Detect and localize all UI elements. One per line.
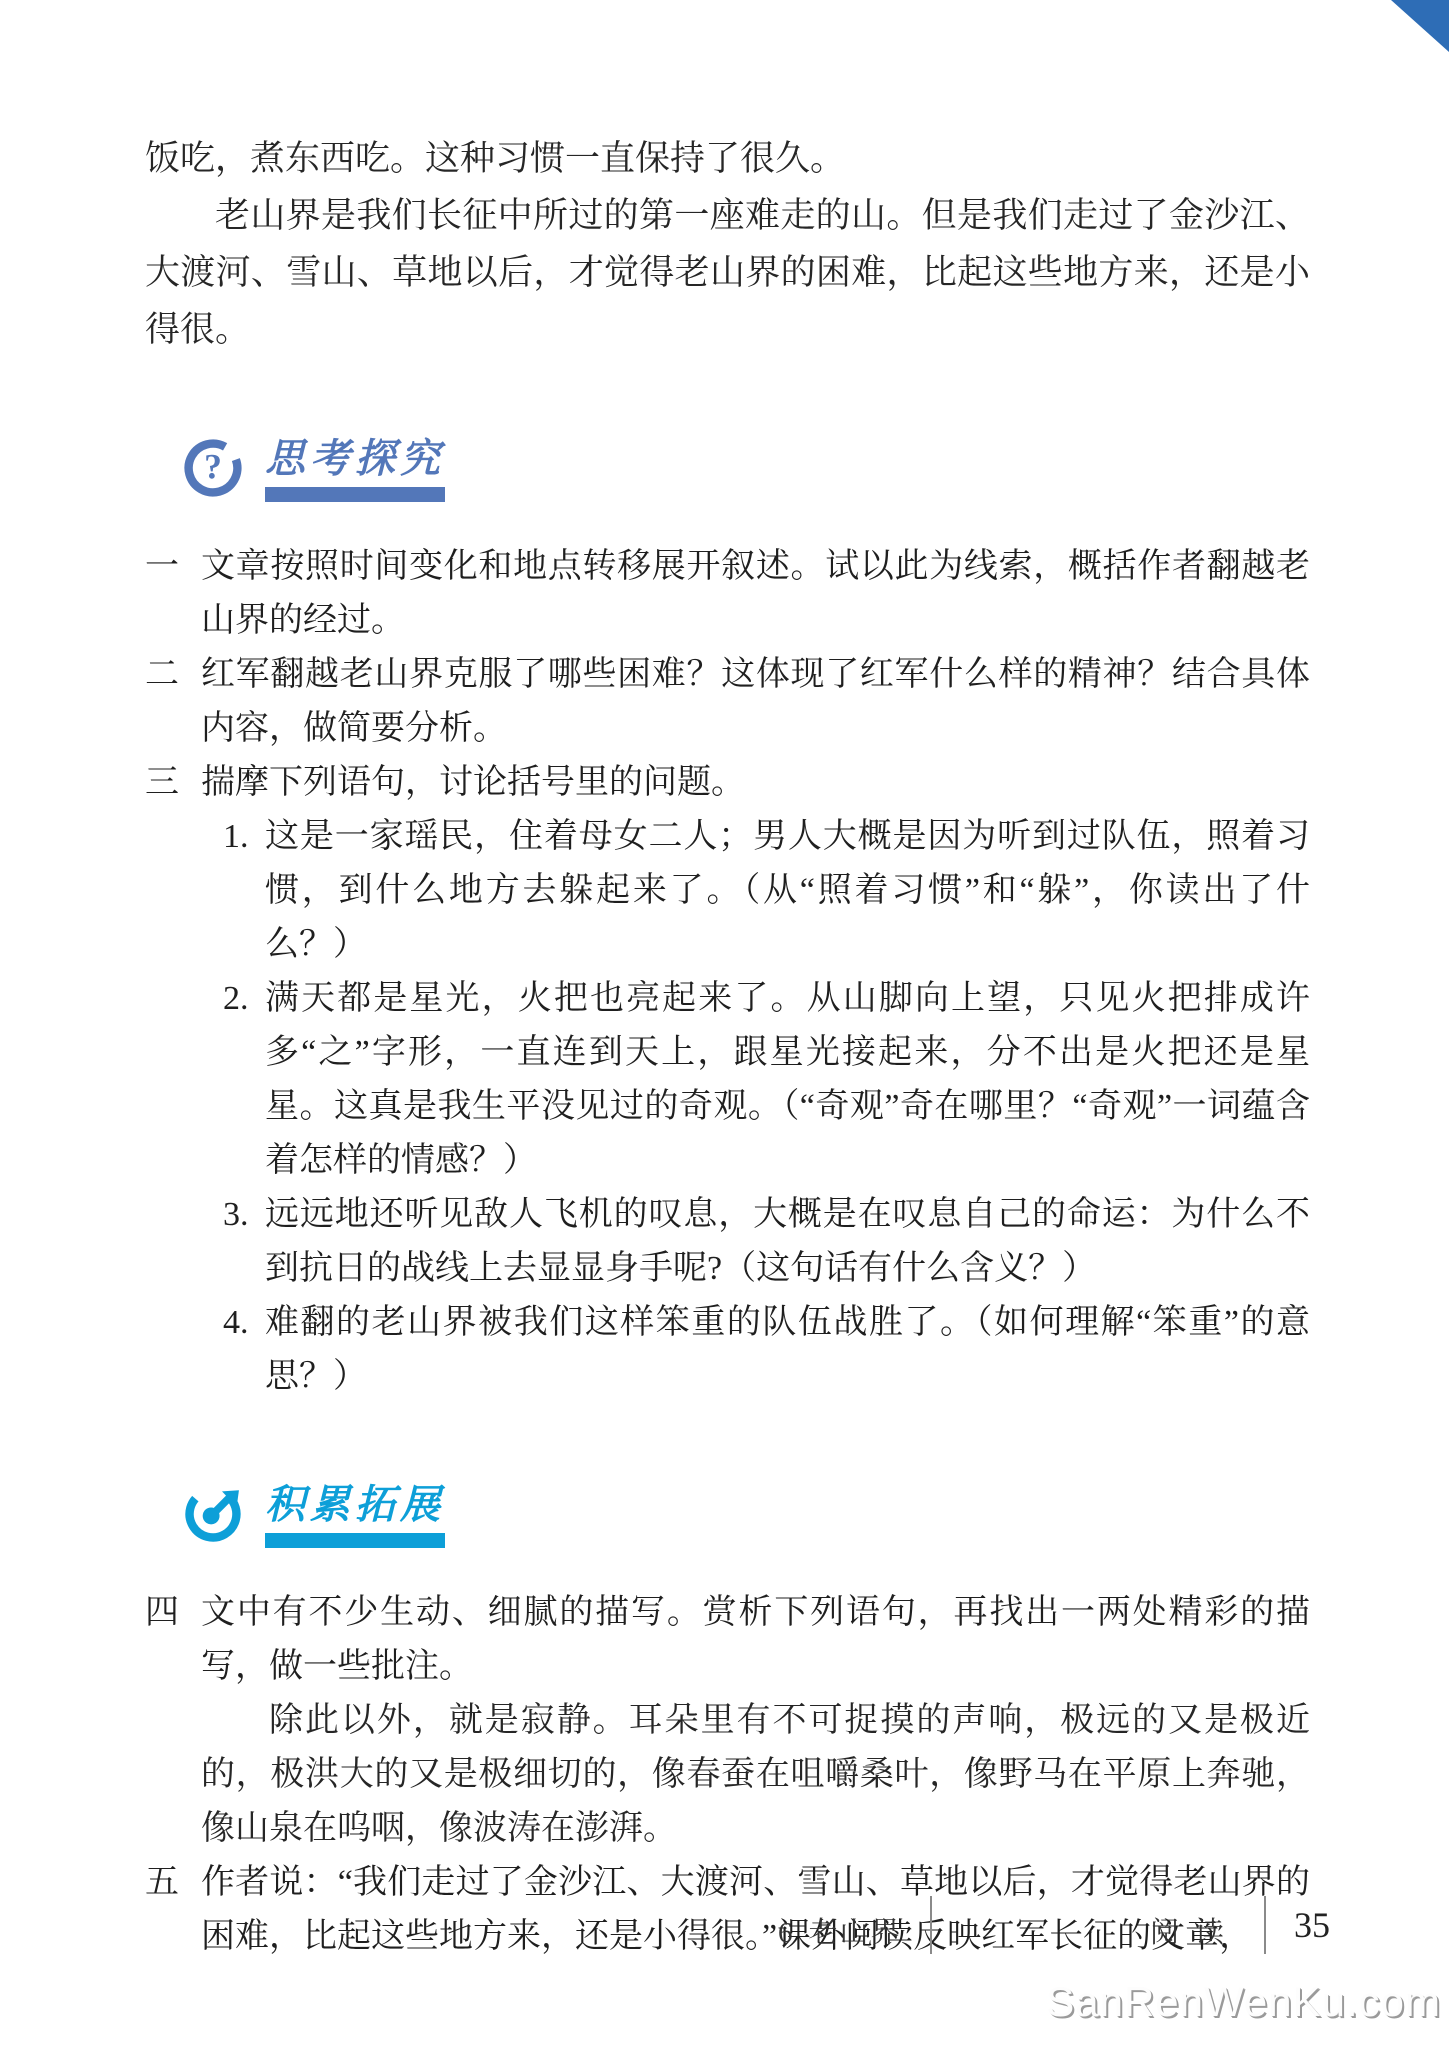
sub-item-number: 4. <box>223 1296 265 1404</box>
title-wrap: 思考探究 <box>265 436 445 502</box>
watermark: SanRenWenKu.com <box>1046 1978 1441 2026</box>
question-circle-icon: ? <box>183 438 243 498</box>
item-text: 文章按照时间变化和地点转移展开叙述。试以此为线索，概括作者翻越老山界的经过。 <box>201 540 1310 648</box>
sub-item-text: 满天都是星光，火把也亮起来了。从山脚向上望，只见火把排成许多“之”字形，一直连到… <box>265 972 1310 1188</box>
footer-divider <box>930 1896 932 1954</box>
svg-text:?: ? <box>204 446 222 486</box>
item-number: 四 <box>145 1586 201 1694</box>
quoted-passage: 除此以外，就是寂静。耳朵里有不可捉摸的声响，极远的又是极近的，极洪大的又是极细切… <box>201 1694 1310 1856</box>
title-underline <box>265 1533 445 1548</box>
think-items: 一 文章按照时间变化和地点转移展开叙述。试以此为线索，概括作者翻越老山界的经过。… <box>145 540 1310 1404</box>
item-text: 红军翻越老山界克服了哪些困难？这体现了红军什么样的精神？结合具体内容，做简要分析… <box>201 648 1310 756</box>
sub-question-1: 1. 这是一家瑶民，住着母女二人；男人大概是因为听到过队伍，照着习惯，到什么地方… <box>223 810 1310 972</box>
page-content: 饭吃，煮东西吃。这种习惯一直保持了很久。 老山界是我们长征中所过的第一座难走的山… <box>145 0 1310 1964</box>
intro-paragraph-continuation: 饭吃，煮东西吃。这种习惯一直保持了很久。 <box>145 130 1310 187</box>
question-item-3: 三 揣摩下列语句，讨论括号里的问题。 <box>145 756 1310 810</box>
question-item-2: 二 红军翻越老山界克服了哪些困难？这体现了红军什么样的精神？结合具体内容，做简要… <box>145 648 1310 756</box>
sub-item-number: 2. <box>223 972 265 1188</box>
sub-item-number: 1. <box>223 810 265 972</box>
think-explore-header: ? 思考探究 <box>183 436 1310 502</box>
intro-paragraph: 老山界是我们长征中所过的第一座难走的山。但是我们走过了金沙江、大渡河、雪山、草地… <box>145 187 1310 358</box>
item-number: 一 <box>145 540 201 648</box>
textbook-page: 饭吃，煮东西吃。这种习惯一直保持了很久。 老山界是我们长征中所过的第一座难走的山… <box>0 0 1449 2047</box>
item-text: 揣摩下列语句，讨论括号里的问题。 <box>201 756 1310 810</box>
accumulate-expand-header: 积累拓展 <box>183 1482 1310 1548</box>
question-item-1: 一 文章按照时间变化和地点转移展开叙述。试以此为线索，概括作者翻越老山界的经过。 <box>145 540 1310 648</box>
sub-question-2: 2. 满天都是星光，火把也亮起来了。从山脚向上望，只见火把排成许多“之”字形，一… <box>223 972 1310 1188</box>
title-underline <box>265 487 445 502</box>
section-title-think: 思考探究 <box>265 436 445 482</box>
lesson-number: 6 <box>778 1917 795 1949</box>
section-title-accumulate: 积累拓展 <box>265 1482 445 1528</box>
item-text: 文中有不少生动、细腻的描写。赏析下列语句，再找出一两处精彩的描写，做一些批注。 <box>201 1586 1310 1694</box>
intro-block: 饭吃，煮东西吃。这种习惯一直保持了很久。 老山界是我们长征中所过的第一座难走的山… <box>145 130 1310 358</box>
title-wrap: 积累拓展 <box>265 1482 445 1548</box>
sub-item-text: 这是一家瑶民，住着母女二人；男人大概是因为听到过队伍，照着习惯，到什么地方去躲起… <box>265 810 1310 972</box>
sub-question-4: 4. 难翻的老山界被我们这样笨重的队伍战胜了。（如何理解“笨重”的意思？） <box>223 1296 1310 1404</box>
corner-triangle-decoration <box>1391 0 1449 52</box>
footer-lesson: 6老山界 <box>778 1910 902 1951</box>
section-accumulate-expand: 积累拓展 四 文中有不少生动、细腻的描写。赏析下列语句，再找出一两处精彩的描写，… <box>145 1482 1310 1964</box>
lesson-title: 老山界 <box>809 1917 902 1949</box>
sub-question-list: 1. 这是一家瑶民，住着母女二人；男人大概是因为听到过队伍，照着习惯，到什么地方… <box>223 810 1310 1404</box>
page-number: 35 <box>1294 1904 1330 1946</box>
question-item-4: 四 文中有不少生动、细腻的描写。赏析下列语句，再找出一两处精彩的描写，做一些批注… <box>145 1586 1310 1694</box>
item-number: 二 <box>145 648 201 756</box>
page-footer: 6老山界 阅读 35 <box>0 1902 1449 1962</box>
section-think-explore: ? 思考探究 一 文章按照时间变化和地点转移展开叙述。试以此为线索，概括作者翻越… <box>145 436 1310 1404</box>
unit-label: 阅读 <box>1150 1910 1240 1951</box>
sub-item-text: 远远地还听见敌人飞机的叹息，大概是在叹息自己的命运：为什么不到抗日的战线上去显显… <box>265 1188 1310 1296</box>
sub-item-number: 3. <box>223 1188 265 1296</box>
circular-arrow-icon <box>183 1484 243 1544</box>
footer-divider <box>1264 1896 1266 1954</box>
sub-item-text: 难翻的老山界被我们这样笨重的队伍战胜了。（如何理解“笨重”的意思？） <box>265 1296 1310 1404</box>
sub-question-3: 3. 远远地还听见敌人飞机的叹息，大概是在叹息自己的命运：为什么不到抗日的战线上… <box>223 1188 1310 1296</box>
item-number: 三 <box>145 756 201 810</box>
